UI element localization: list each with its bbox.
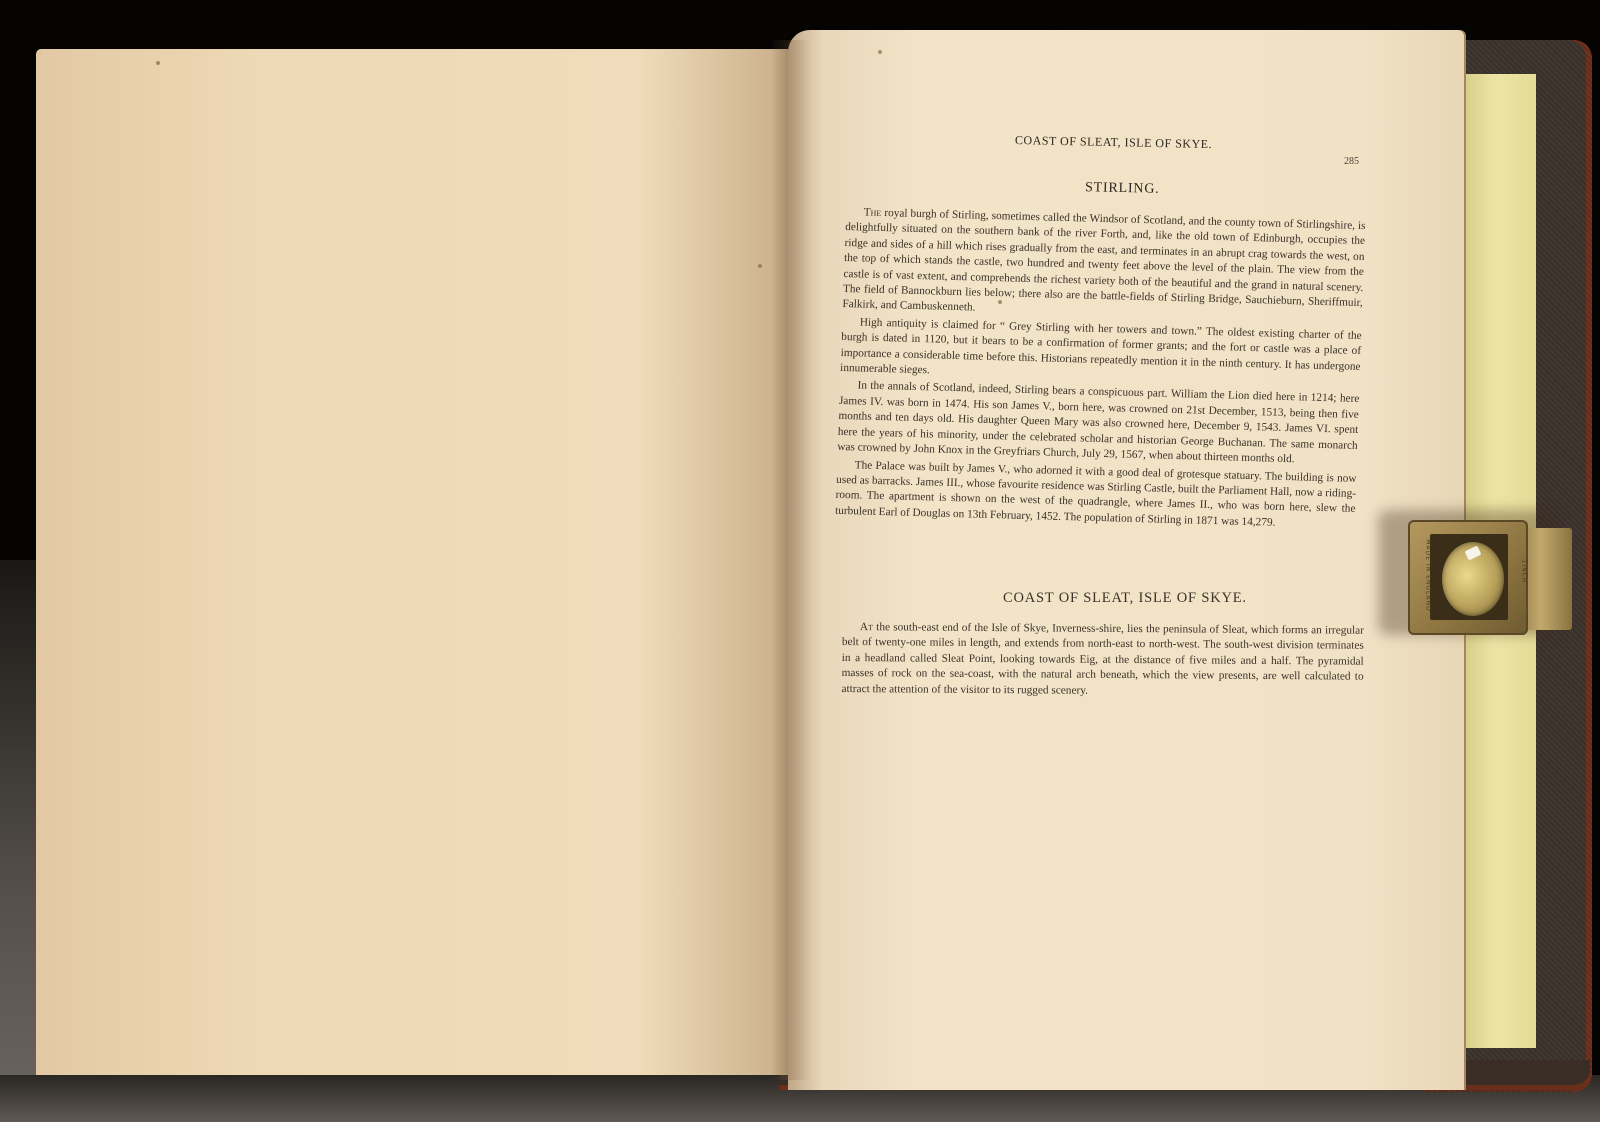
paragraph: In the annals of Scotland, indeed, Stirl… xyxy=(837,378,1360,469)
paragraph-text: High antiquity is claimed for “ Grey Sti… xyxy=(840,316,1362,376)
paragraph: The royal burgh of Stirling, sometimes c… xyxy=(842,205,1366,327)
paragraph-text: royal burgh of Stirling, sometimes calle… xyxy=(842,207,1366,314)
loupe-engraving-right: 1INCH xyxy=(1520,560,1527,584)
paragraph: The Palace was built by James V., who ad… xyxy=(835,457,1357,533)
loupe-frame: MADE IN ENGLAND 1INCH xyxy=(1408,520,1528,635)
sleat-body-text: At the south-east end of the Isle of Sky… xyxy=(841,620,1364,703)
left-page-blank xyxy=(36,49,788,1075)
paragraph-text: The Palace was built by James V., who ad… xyxy=(835,459,1357,529)
magnifier-loupe-icon: MADE IN ENGLAND 1INCH xyxy=(1408,520,1593,638)
paragraph: At the south-east end of the Isle of Sky… xyxy=(841,620,1364,701)
foxing-spot xyxy=(878,50,882,54)
section-title-sleat: COAST OF SLEAT, ISLE OF SKYE. xyxy=(1003,590,1247,607)
foxing-spot xyxy=(156,61,160,65)
paragraph: High antiquity is claimed for “ Grey Sti… xyxy=(840,315,1362,391)
loupe-window xyxy=(1430,534,1508,620)
page-number: 285 xyxy=(1344,156,1359,167)
book-photo-scene: COAST OF SLEAT, ISLE OF SKYE. 285 STIRLI… xyxy=(0,0,1600,1122)
loupe-engraving-left: MADE IN ENGLAND xyxy=(1425,539,1432,611)
drop-lead-word: At xyxy=(860,621,873,633)
paragraph-text: the south-east end of the Isle of Skye, … xyxy=(841,621,1364,696)
stirling-body-text: The royal burgh of Stirling, sometimes c… xyxy=(835,205,1366,535)
book-spine-gutter xyxy=(770,40,810,1080)
paragraph-text: In the annals of Scotland, indeed, Stirl… xyxy=(837,380,1359,465)
section-title-stirling: STIRLING. xyxy=(1085,180,1160,198)
foxing-spot xyxy=(758,264,762,268)
drop-lead-word: The xyxy=(864,206,882,218)
